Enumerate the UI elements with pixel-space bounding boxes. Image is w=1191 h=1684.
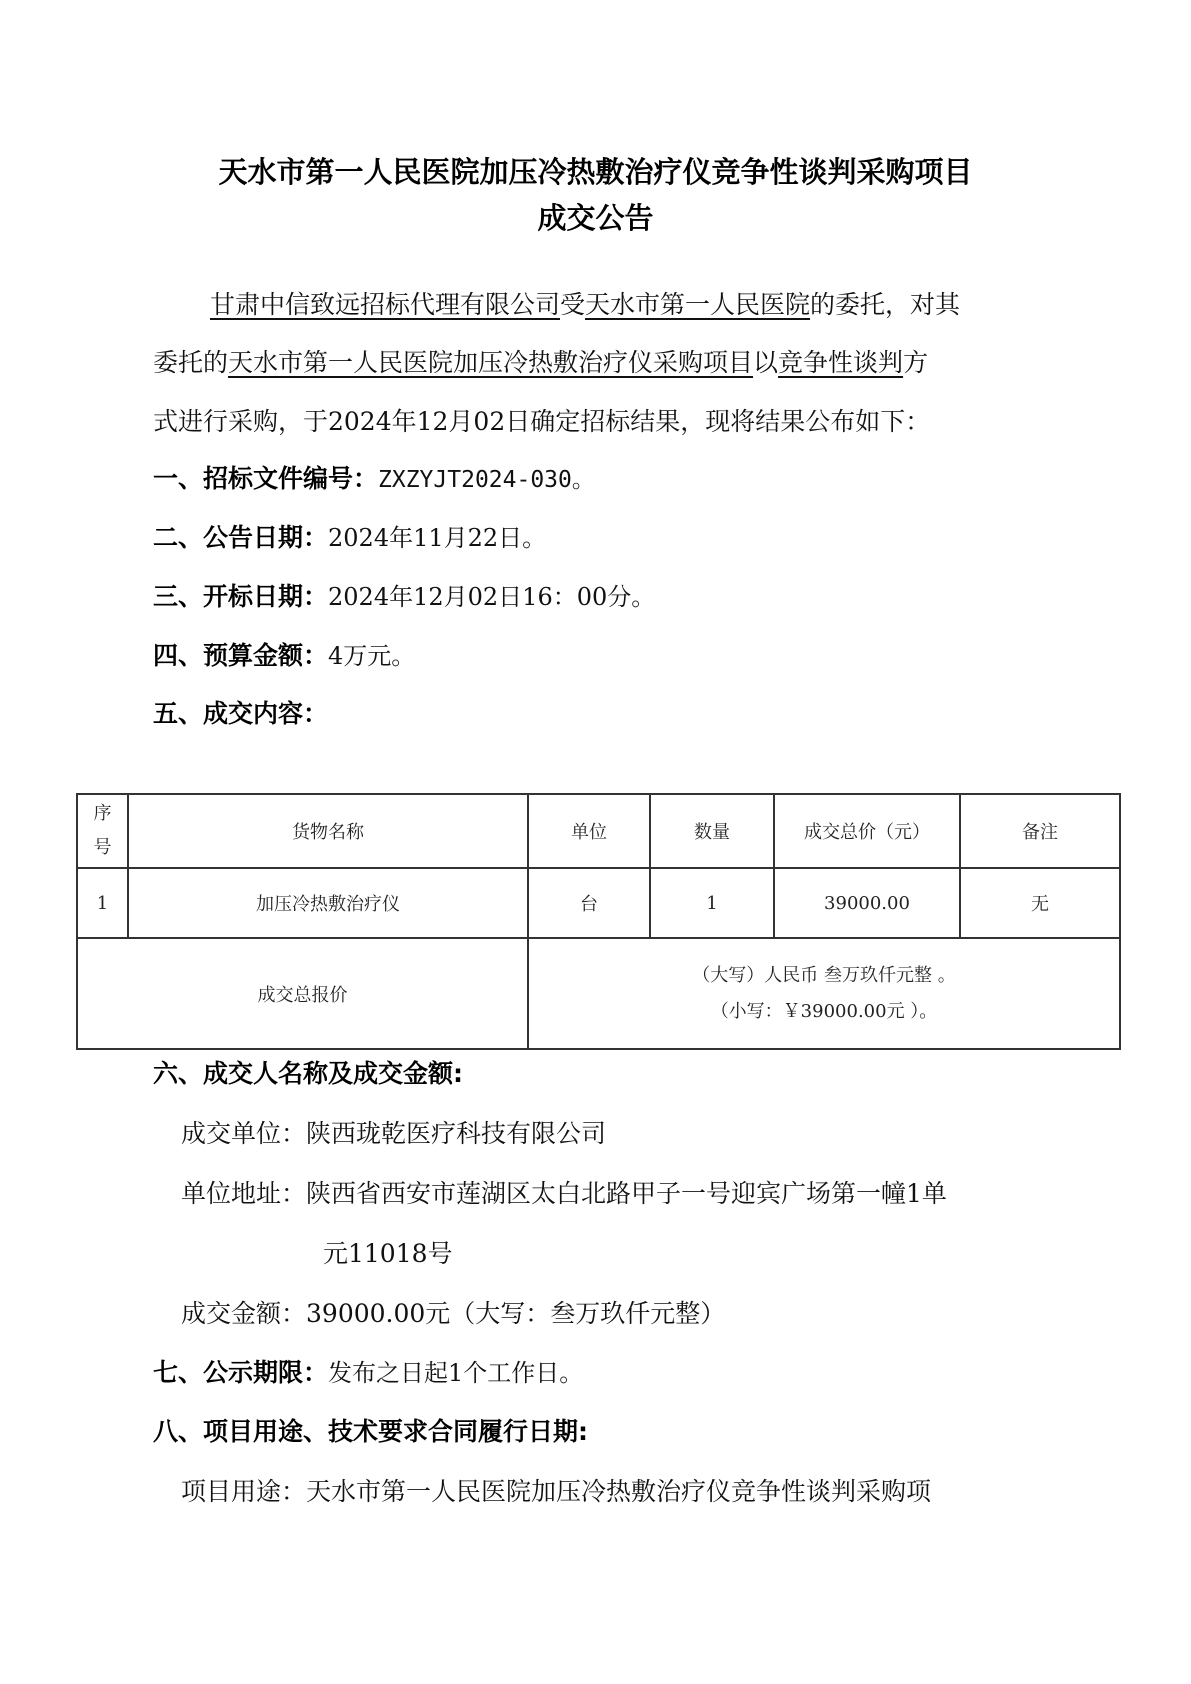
section-opening-date: 三、开标日期：2024年12月02日16：00分。 xyxy=(153,580,655,614)
intro-text: 委托的 xyxy=(153,348,228,377)
intro-text: 的委托，对其 xyxy=(810,290,960,319)
section-heading: 五、成交内容： xyxy=(153,699,328,728)
tender-number: ZXZYJT2024-030。 xyxy=(378,467,595,493)
purpose-label: 项目用途： xyxy=(181,1477,306,1506)
intro-line-2: 委托的天水市第一人民医院加压冷热敷治疗仪采购项目以竞争性谈判方 xyxy=(153,346,928,380)
section-deal-content: 五、成交内容： xyxy=(153,697,328,731)
amount-value: 39000.00元（大写：叁万玖仟元整） xyxy=(306,1299,725,1328)
header-remark: 备注 xyxy=(960,794,1120,868)
deal-table: 序 号 货物名称 单位 数量 成交总价（元） 备注 1 加压冷热敷治疗仪 台 1… xyxy=(76,793,1121,1050)
header-seq: 序 号 xyxy=(77,794,128,868)
address-line: 单位地址：陕西省西安市莲湖区太白北路甲子一号迎宾广场第一幢1单 xyxy=(181,1177,947,1211)
summary-amount-upper: （大写）人民币 叁万玖仟元整 。 xyxy=(529,958,1119,994)
section-heading: 二、公告日期： xyxy=(153,523,328,552)
cell-quantity: 1 xyxy=(650,868,774,938)
header-quantity: 数量 xyxy=(650,794,774,868)
procurement-method: 竞争性谈判 xyxy=(778,348,903,377)
section-publicity-period: 七、公示期限：发布之日起1个工作日。 xyxy=(153,1356,583,1390)
header-unit: 单位 xyxy=(528,794,650,868)
budget-amount: 4万元。 xyxy=(328,642,415,670)
document-page: 天水市第一人民医院加压冷热敷治疗仪竞争性谈判采购项目 成交公告 甘肃中信致远招标… xyxy=(0,0,1191,1684)
agency-name: 甘肃中信致远招标代理有限公司 xyxy=(210,290,560,319)
project-name: 天水市第一人民医院加压冷热敷治疗仪采购项目 xyxy=(228,348,753,377)
cell-seq: 1 xyxy=(77,868,128,938)
winner-name: 陕西珑乾医疗科技有限公司 xyxy=(306,1119,606,1148)
summary-label: 成交总报价 xyxy=(77,938,528,1049)
section-project-purpose: 八、项目用途、技术要求合同履行日期: xyxy=(153,1415,588,1449)
section-heading: 四、预算金额： xyxy=(153,641,328,670)
document-subtitle: 成交公告 xyxy=(0,196,1191,237)
cell-goods-name: 加压冷热敷治疗仪 xyxy=(128,868,528,938)
cell-remark: 无 xyxy=(960,868,1120,938)
amount-label: 成交金额： xyxy=(181,1299,306,1328)
section-heading: 八、项目用途、技术要求合同履行日期: xyxy=(153,1417,588,1446)
summary-amount-lower: （小写：￥39000.00元 ）。 xyxy=(529,994,1119,1030)
cell-unit: 台 xyxy=(528,868,650,938)
winner-line: 成交单位：陕西珑乾医疗科技有限公司 xyxy=(181,1117,606,1151)
table-row: 1 加压冷热敷治疗仪 台 1 39000.00 无 xyxy=(77,868,1120,938)
header-total-price: 成交总价（元） xyxy=(774,794,960,868)
section-heading: 七、公示期限： xyxy=(153,1358,328,1387)
header-seq-line2: 号 xyxy=(78,831,127,865)
purpose-value: 天水市第一人民医院加压冷热敷治疗仪竞争性谈判采购项 xyxy=(306,1477,931,1506)
header-seq-line1: 序 xyxy=(78,797,127,831)
intro-line-3: 式进行采购，于2024年12月02日确定招标结果，现将结果公布如下： xyxy=(153,405,930,439)
section-winner: 六、成交人名称及成交金额: xyxy=(153,1057,463,1091)
summary-amount: （大写）人民币 叁万玖仟元整 。 （小写：￥39000.00元 ）。 xyxy=(528,938,1120,1049)
amount-line: 成交金额：39000.00元（大写：叁万玖仟元整） xyxy=(181,1297,725,1331)
section-budget: 四、预算金额：4万元。 xyxy=(153,639,415,673)
intro-line-1: 甘肃中信致远招标代理有限公司受天水市第一人民医院的委托，对其 xyxy=(210,288,960,322)
winner-label: 成交单位： xyxy=(181,1119,306,1148)
address-line-2: 元11018号 xyxy=(323,1237,453,1271)
section-heading: 六、成交人名称及成交金额: xyxy=(153,1059,463,1088)
table-summary-row: 成交总报价 （大写）人民币 叁万玖仟元整 。 （小写：￥39000.00元 ）。 xyxy=(77,938,1120,1049)
address-label: 单位地址： xyxy=(181,1179,306,1208)
intro-text: 方 xyxy=(903,348,928,377)
announce-date: 2024年11月22日。 xyxy=(328,524,546,552)
address-value: 陕西省西安市莲湖区太白北路甲子一号迎宾广场第一幢1单 xyxy=(306,1179,947,1208)
section-tender-number: 一、招标文件编号：ZXZYJT2024-030。 xyxy=(153,462,595,497)
publicity-period: 发布之日起1个工作日。 xyxy=(328,1359,583,1387)
document-title: 天水市第一人民医院加压冷热敷治疗仪竞争性谈判采购项目 xyxy=(0,150,1191,191)
section-heading: 一、招标文件编号： xyxy=(153,464,378,493)
section-heading: 三、开标日期： xyxy=(153,582,328,611)
intro-text: 以 xyxy=(753,348,778,377)
table-header-row: 序 号 货物名称 单位 数量 成交总价（元） 备注 xyxy=(77,794,1120,868)
cell-total-price: 39000.00 xyxy=(774,868,960,938)
intro-text: 受 xyxy=(560,290,585,319)
opening-date: 2024年12月02日16：00分。 xyxy=(328,583,655,611)
section-announce-date: 二、公告日期：2024年11月22日。 xyxy=(153,521,546,555)
purpose-line: 项目用途：天水市第一人民医院加压冷热敷治疗仪竞争性谈判采购项 xyxy=(181,1475,931,1509)
client-name: 天水市第一人民医院 xyxy=(585,290,810,319)
header-goods-name: 货物名称 xyxy=(128,794,528,868)
